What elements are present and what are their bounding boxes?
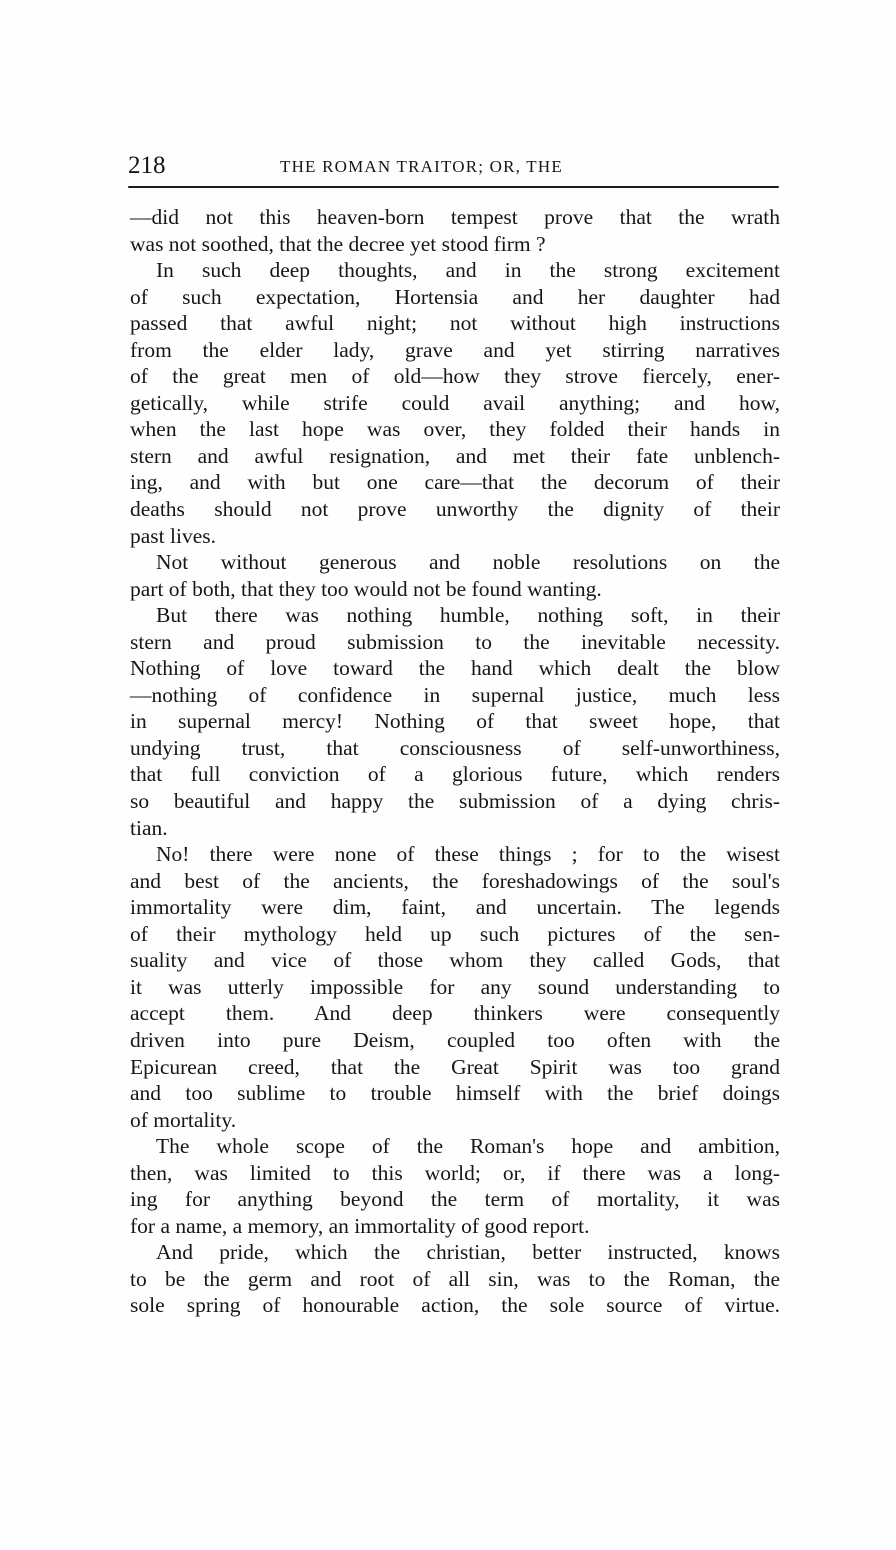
text-line: ing for anything beyond the term of mort… xyxy=(130,1186,780,1213)
text-line: of such expectation, Hortensia and her d… xyxy=(130,284,780,311)
text-line: that full conviction of a glorious futur… xyxy=(130,761,780,788)
text-line: past lives. xyxy=(130,523,780,550)
text-line: of mortality. xyxy=(130,1107,780,1134)
text-line: Epicurean creed, that the Great Spirit w… xyxy=(130,1054,780,1081)
text-line: from the elder lady, grave and yet stirr… xyxy=(130,337,780,364)
page-header: 218 THE ROMAN TRAITOR; OR, THE xyxy=(128,152,780,182)
text-line: was not soothed, that the decree yet sto… xyxy=(130,231,780,258)
running-title: THE ROMAN TRAITOR; OR, THE xyxy=(280,156,563,178)
header-rule xyxy=(128,186,779,188)
text-line: so beautiful and happy the submission of… xyxy=(130,788,780,815)
text-line: Not without generous and noble resolutio… xyxy=(130,549,780,576)
text-line: tian. xyxy=(130,815,780,842)
page-number: 218 xyxy=(128,152,166,180)
text-line: No! there were none of these things ; fo… xyxy=(130,841,780,868)
text-line: in supernal mercy! Nothing of that sweet… xyxy=(130,708,780,735)
text-line: And pride, which the christian, better i… xyxy=(130,1239,780,1266)
body-text: —did not this heaven-born tempest prove … xyxy=(130,204,780,1319)
text-line: The whole scope of the Roman's hope and … xyxy=(130,1133,780,1160)
text-line: for a name, a memory, an immortality of … xyxy=(130,1213,780,1240)
text-line: to be the germ and root of all sin, was … xyxy=(130,1266,780,1293)
text-line: —nothing of confidence in supernal justi… xyxy=(130,682,780,709)
text-line: it was utterly impossible for any sound … xyxy=(130,974,780,1001)
text-line: driven into pure Deism, coupled too ofte… xyxy=(130,1027,780,1054)
text-line: —did not this heaven-born tempest prove … xyxy=(130,204,780,231)
book-page: 218 THE ROMAN TRAITOR; OR, THE —did not … xyxy=(0,0,896,1550)
text-line: sole spring of honourable action, the so… xyxy=(130,1292,780,1319)
text-line: But there was nothing humble, nothing so… xyxy=(130,602,780,629)
text-line: stern and proud submission to the inevit… xyxy=(130,629,780,656)
text-line: In such deep thoughts, and in the strong… xyxy=(130,257,780,284)
text-line: accept them. And deep thinkers were cons… xyxy=(130,1000,780,1027)
text-line: of the great men of old—how they strove … xyxy=(130,363,780,390)
text-line: immortality were dim, faint, and uncerta… xyxy=(130,894,780,921)
text-line: stern and awful resignation, and met the… xyxy=(130,443,780,470)
text-line: of their mythology held up such pictures… xyxy=(130,921,780,948)
text-line: then, was limited to this world; or, if … xyxy=(130,1160,780,1187)
text-line: getically, while strife could avail anyt… xyxy=(130,390,780,417)
text-line: part of both, that they too would not be… xyxy=(130,576,780,603)
text-line: deaths should not prove unworthy the dig… xyxy=(130,496,780,523)
text-line: and too sublime to trouble himself with … xyxy=(130,1080,780,1107)
text-line: passed that awful night; not without hig… xyxy=(130,310,780,337)
text-line: undying trust, that consciousness of sel… xyxy=(130,735,780,762)
text-line: ing, and with but one care—that the deco… xyxy=(130,469,780,496)
text-line: when the last hope was over, they folded… xyxy=(130,416,780,443)
text-line: and best of the ancients, the foreshadow… xyxy=(130,868,780,895)
text-line: suality and vice of those whom they call… xyxy=(130,947,780,974)
text-line: Nothing of love toward the hand which de… xyxy=(130,655,780,682)
